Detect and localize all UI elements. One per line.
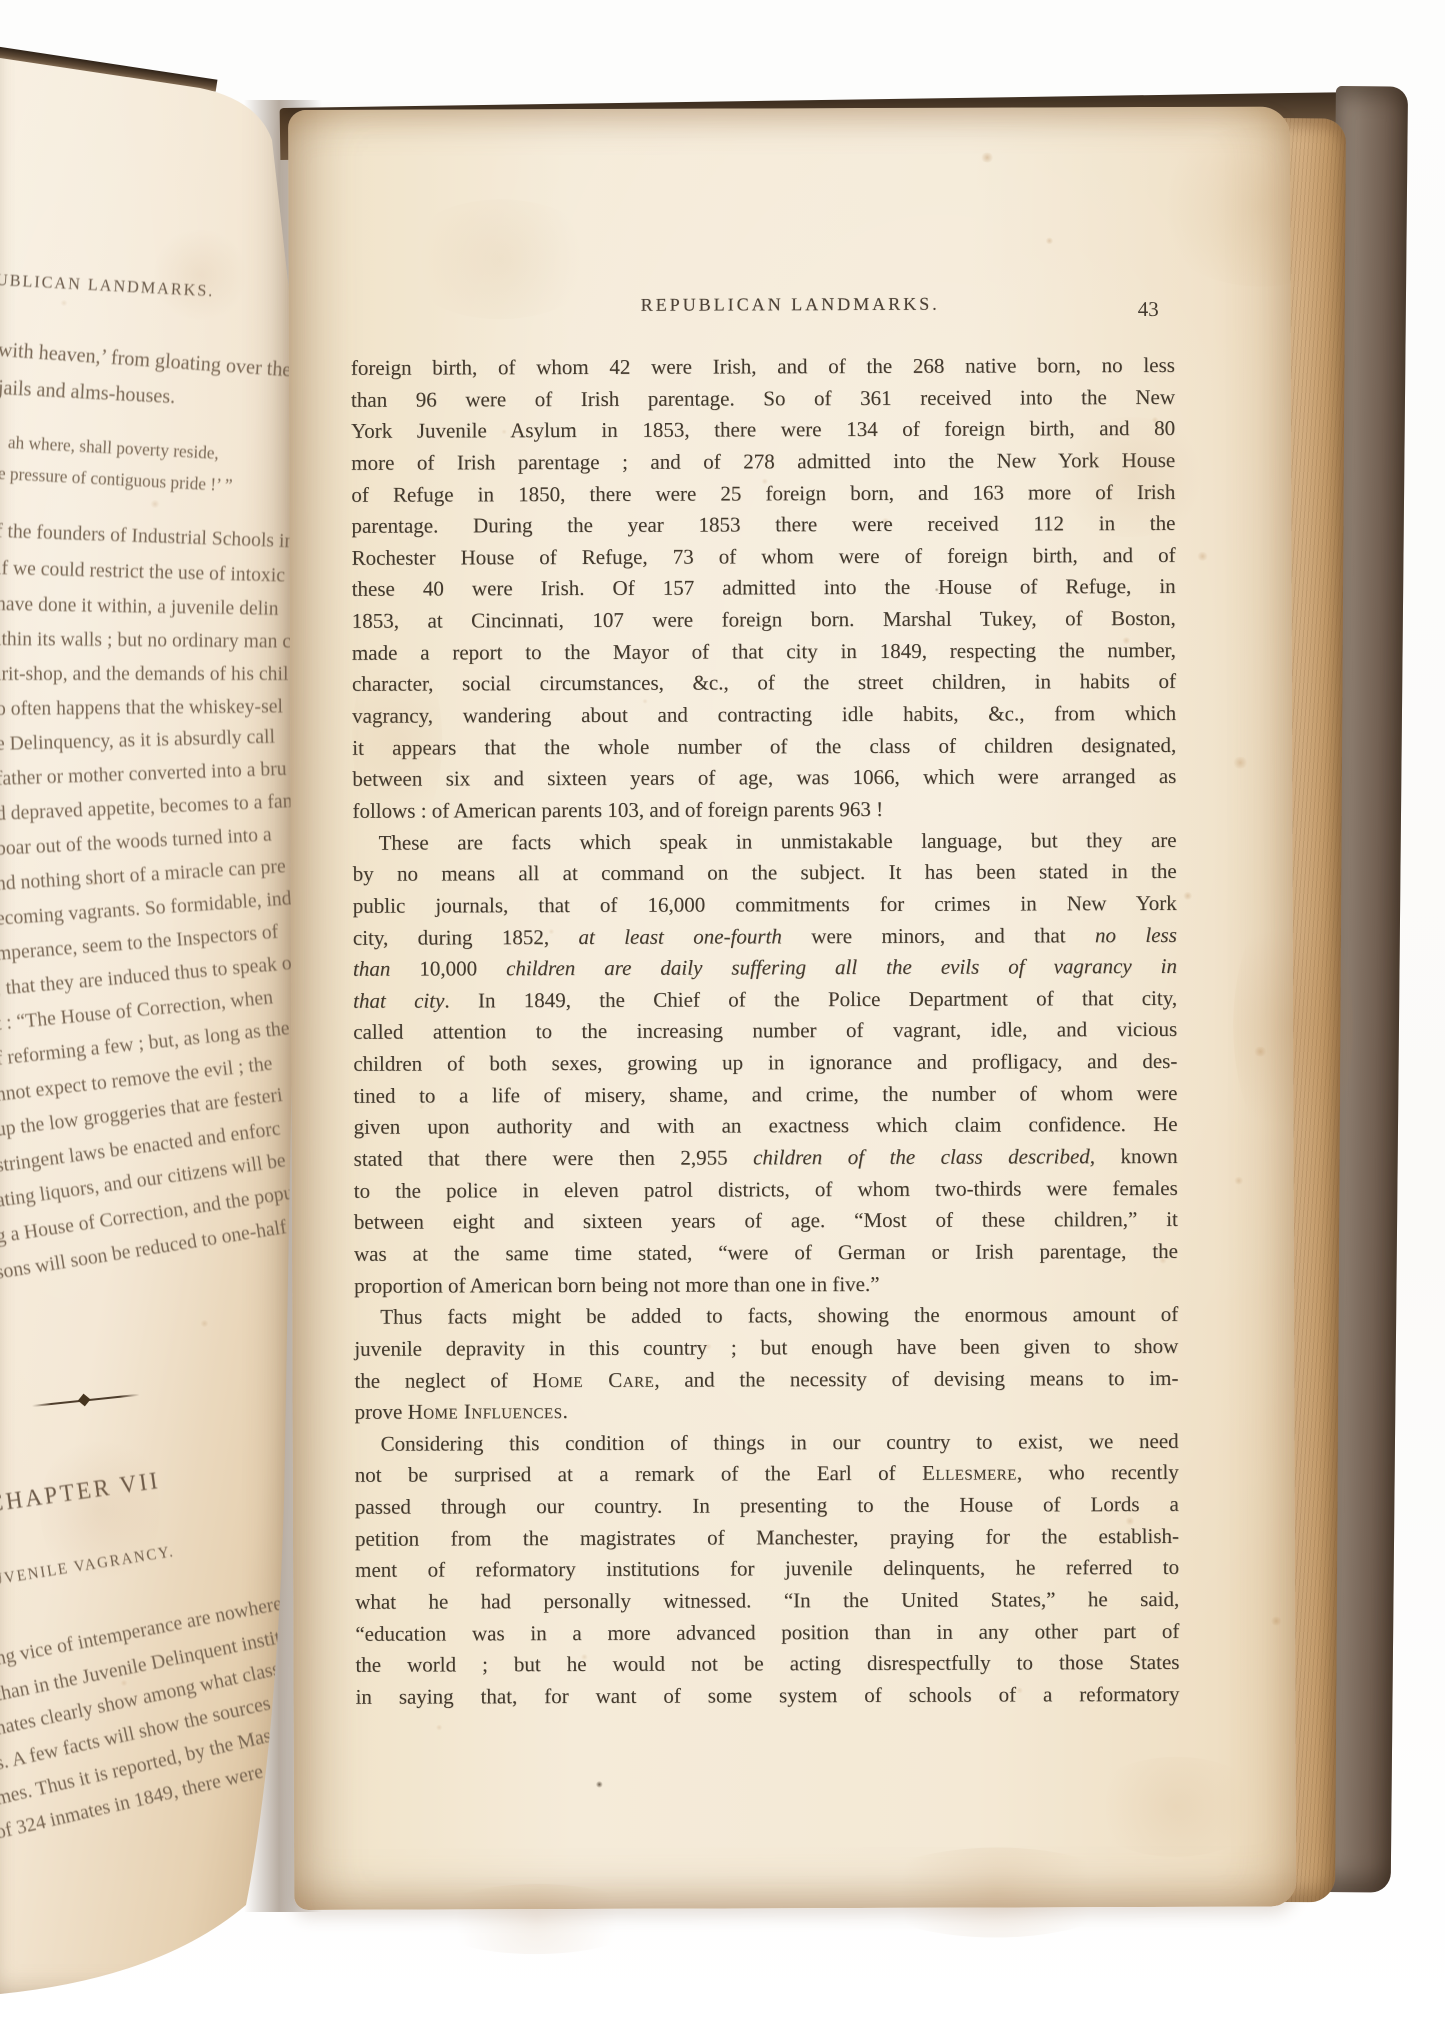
plain-text: juvenile depravity in this country ; but… — [354, 1334, 1178, 1361]
body-line: Rochester House of Refuge, 73 of whom we… — [352, 540, 1176, 575]
foxing-spot — [761, 478, 768, 484]
plain-text: not be surprised at a remark of the Earl… — [355, 1461, 922, 1487]
italic-text: at least one-fourth — [578, 924, 782, 949]
plain-text: . — [563, 1399, 568, 1423]
plain-text: Considering this condition of things in … — [381, 1429, 1179, 1456]
body-line: what he had personally witnessed. “In th… — [355, 1584, 1179, 1619]
body-line: follows : of American parents 103, and o… — [352, 793, 1176, 828]
foxing-spot — [704, 1344, 712, 1350]
small-caps-text: Ellesmere — [922, 1461, 1017, 1485]
body-line: “education was in a more advanced positi… — [355, 1616, 1179, 1651]
plain-text: ment of reformatory institutions for juv… — [355, 1555, 1179, 1582]
plain-text: public journals, that of 16,000 commitme… — [353, 891, 1177, 918]
left-page-line: e Delinquency, as it is absurdly call — [0, 726, 275, 756]
body-line: proportion of American born being not mo… — [354, 1267, 1178, 1302]
plain-text: passed through our country. In presentin… — [355, 1492, 1179, 1519]
plain-text: foreign birth, of whom 42 were Irish, an… — [351, 353, 1175, 380]
plain-text: 10,000 — [390, 956, 506, 980]
plain-text: , and the necessity of devising means to… — [654, 1365, 1178, 1391]
left-page-line: d depraved appetite, becomes to a fami — [0, 790, 304, 826]
foxing-spot — [1234, 1177, 1244, 1185]
foxing-spot — [200, 1320, 209, 1327]
foxing-spot — [984, 1213, 991, 1219]
foxing-spot — [436, 1724, 443, 1730]
foxing-spot — [1183, 892, 1193, 900]
plain-text: children of both sexes, growing up in ig… — [353, 1049, 1177, 1076]
foxing-spot — [1086, 1757, 1266, 1858]
plain-text: to the police in eleven patrol districts… — [354, 1176, 1178, 1203]
right-page: REPUBLICAN LANDMARKS. 43 foreign birth, … — [288, 107, 1296, 1910]
body-line: petition from the magistrates of Manches… — [355, 1521, 1179, 1556]
italic-text: children of the class described, — [753, 1144, 1095, 1169]
plain-text: , who recently — [1017, 1460, 1179, 1485]
plain-text: than 96 were of Irish parentage. So of 3… — [351, 385, 1175, 412]
page-number: 43 — [1138, 297, 1159, 322]
plain-text: given upon authority and with an exactne… — [354, 1112, 1178, 1139]
plain-text: parentage. During the year 1853 there we… — [351, 511, 1175, 538]
body-line: city, during 1852, at least one-fourth w… — [353, 919, 1177, 954]
foxing-spot — [840, 1438, 849, 1445]
body-line: it appears that the whole number of the … — [352, 730, 1176, 765]
foxing-spot — [1233, 896, 1354, 1156]
foxing-spot — [150, 500, 160, 508]
foxing-spot — [1232, 757, 1248, 769]
plain-text: these 40 were Irish. Of 157 admitted int… — [352, 574, 1176, 601]
running-title: REPUBLICAN LANDMARKS. — [641, 294, 940, 316]
body-line: the neglect of Home Care, and the necess… — [354, 1362, 1178, 1397]
foxing-spot — [1122, 637, 1131, 644]
foxing-spot — [1051, 417, 1211, 538]
foxing-spot — [40, 1430, 160, 1590]
foxing-spot — [881, 518, 889, 524]
left-page-line: boar out of the woods turned into a — [0, 824, 272, 861]
body-line: prove Home Influences. — [354, 1394, 1178, 1429]
body-line: stated that there were then 2,955 childr… — [354, 1141, 1178, 1176]
plain-text: “education was in a more advanced positi… — [355, 1619, 1179, 1646]
foxing-spot — [596, 1781, 603, 1788]
body-line: the world ; but he would not be acting d… — [355, 1647, 1179, 1682]
body-line: ment of reformatory institutions for juv… — [355, 1552, 1179, 1587]
body-line: public journals, that of 16,000 commitme… — [353, 888, 1177, 923]
left-page-line: o often happens that the whiskey-sel — [0, 695, 283, 721]
foxing-spot — [400, 199, 600, 320]
plain-text: proportion of American born being not mo… — [354, 1272, 880, 1298]
left-page-line: f the founders of Industrial Schools in … — [0, 520, 305, 554]
foxing-spot — [866, 1847, 1126, 1938]
body-line: juvenile depravity in this country ; but… — [354, 1331, 1178, 1366]
plain-text: Thus facts might be added to facts, show… — [380, 1302, 1178, 1329]
italic-text: children are daily suffering all the evi… — [506, 954, 1177, 980]
plain-text: it appears that the whole number of the … — [352, 733, 1176, 760]
left-page-line: e pressure of contiguous pride !’ ” — [0, 463, 233, 496]
plain-text: in saying that, for want of some system … — [355, 1682, 1179, 1709]
plain-text: tined to a life of misery, shame, and cr… — [353, 1081, 1177, 1108]
left-page-line: lf we could restrict the use of intoxic — [0, 557, 285, 588]
body-line: character, social circumstances, &c., of… — [352, 666, 1176, 701]
foxing-spot — [1270, 1617, 1282, 1626]
plain-text: 1853, at Cincinnati, 107 were foreign bo… — [352, 606, 1176, 633]
body-line: given upon authority and with an exactne… — [353, 1109, 1177, 1144]
plain-text: between six and sixteen years of age, wa… — [352, 764, 1176, 791]
italic-text: than — [353, 957, 390, 981]
plain-text: were minors, and that — [782, 923, 1095, 948]
body-text: foreign birth, of whom 42 were Irish, an… — [351, 350, 1180, 1713]
body-line: foreign birth, of whom 42 were Irish, an… — [351, 350, 1175, 385]
foxing-spot — [90, 880, 98, 886]
foxing-spot — [150, 230, 250, 320]
plain-text: by no means all at command on the subjec… — [353, 859, 1177, 886]
body-line: was at the same time stated, “were of Ge… — [354, 1236, 1178, 1271]
foxing-spot — [1150, 126, 1371, 287]
body-line: parentage. During the year 1853 there we… — [351, 508, 1175, 543]
body-line: children of both sexes, growing up in ig… — [353, 1046, 1177, 1081]
plain-text: . In 1849, the Chief of the Police Depar… — [444, 986, 1177, 1013]
body-line: than 10,000 children are daily suffering… — [353, 951, 1177, 986]
left-page-line: father or mother converted into a bru — [0, 758, 287, 791]
body-line: these 40 were Irish. Of 157 admitted int… — [352, 571, 1176, 606]
foxing-spot — [548, 929, 555, 934]
plain-text: character, social circumstances, &c., of… — [352, 669, 1176, 696]
body-line: called attention to the increasing numbe… — [353, 1014, 1177, 1049]
foxing-spot — [642, 699, 648, 704]
foxing-spot — [580, 1654, 588, 1660]
left-page-line: jails and alms-houses. — [0, 375, 176, 409]
left-page-line: ah where, shall poverty reside, — [7, 432, 219, 464]
plain-text: city, during 1852, — [353, 925, 579, 950]
foxing-spot — [418, 1105, 424, 1110]
body-line: that city. In 1849, the Chief of the Pol… — [353, 983, 1177, 1018]
body-line: to the police in eleven patrol districts… — [354, 1173, 1178, 1208]
plain-text: known — [1095, 1144, 1178, 1168]
plain-text: petition from the magistrates of Manches… — [355, 1524, 1179, 1551]
left-page-line: irit-shop, and the demands of his chil — [0, 663, 288, 686]
plain-text: vagrancy, wandering about and contractin… — [352, 701, 1176, 728]
foxing-spot — [60, 300, 68, 306]
foxing-spot — [352, 639, 443, 839]
section-divider-ornament — [31, 1389, 140, 1412]
plain-text: was at the same time stated, “were of Ge… — [354, 1239, 1178, 1266]
body-line: in saying that, for want of some system … — [355, 1679, 1179, 1714]
plain-text: Rochester House of Refuge, 73 of whom we… — [352, 543, 1176, 570]
foxing-spot — [426, 1884, 646, 1955]
foxing-spot — [1016, 1687, 1024, 1693]
plain-text: called attention to the increasing numbe… — [353, 1017, 1177, 1044]
plain-text: the world ; but he would not be acting d… — [355, 1650, 1179, 1677]
body-line: tined to a life of misery, shame, and cr… — [353, 1078, 1177, 1113]
body-line: by no means all at command on the subjec… — [353, 856, 1177, 891]
plain-text: what he had personally witnessed. “In th… — [355, 1587, 1179, 1614]
plain-text: These are facts which speak in unmistaka… — [379, 828, 1177, 855]
body-line: York Juvenile Asylum in 1853, there were… — [351, 413, 1175, 448]
body-line: between six and sixteen years of age, wa… — [352, 761, 1176, 796]
italic-text: that city — [353, 988, 444, 1012]
body-line: vagrancy, wandering about and contractin… — [352, 698, 1176, 733]
body-line: between eight and sixteen years of age. … — [354, 1204, 1178, 1239]
italic-text: no less — [1095, 922, 1177, 946]
small-caps-text: Home Influences — [408, 1399, 563, 1424]
small-caps-text: Home Care — [532, 1367, 654, 1391]
body-line: made a report to the Mayor of that city … — [352, 635, 1176, 670]
plain-text: made a report to the Mayor of that city … — [352, 638, 1176, 665]
body-line: 1853, at Cincinnati, 107 were foreign bo… — [352, 603, 1176, 638]
body-line: not be surprised at a remark of the Earl… — [355, 1457, 1179, 1492]
foxing-spot — [935, 588, 939, 592]
plain-text: between eight and sixteen years of age. … — [354, 1207, 1178, 1234]
plain-text: prove — [355, 1400, 408, 1424]
foxing-spot — [1159, 1257, 1167, 1264]
foxing-spot — [1045, 237, 1053, 244]
body-line: Thus facts might be added to facts, show… — [354, 1299, 1178, 1334]
foxing-spot — [120, 1680, 128, 1686]
body-line: passed through our country. In presentin… — [355, 1489, 1179, 1524]
left-page-line: have done it within, a juvenile delin — [0, 593, 279, 621]
body-line: than 96 were of Irish parentage. So of 3… — [351, 382, 1175, 417]
foxing-spot — [980, 153, 994, 163]
left-page: UBLICAN LANDMARKS.with heaven,’ from glo… — [0, 0, 302, 2005]
plain-text: York Juvenile Asylum in 1853, there were… — [351, 416, 1175, 443]
foxing-spot — [913, 363, 923, 371]
divider-diamond — [78, 1394, 91, 1407]
left-page-line: ithin its walls ; but no ordinary man c — [0, 628, 291, 654]
plain-text: stated that there were then 2,955 — [354, 1145, 754, 1170]
foxing-spot — [501, 429, 507, 434]
foxing-spot — [1197, 552, 1209, 561]
book-photo: UBLICAN LANDMARKS.with heaven,’ from glo… — [0, 0, 1445, 2023]
body-line: Considering this condition of things in … — [355, 1426, 1179, 1461]
plain-text: the neglect of — [354, 1368, 532, 1393]
body-line: These are facts which speak in unmistaka… — [353, 825, 1177, 860]
foxing-spot — [1125, 1517, 1135, 1525]
